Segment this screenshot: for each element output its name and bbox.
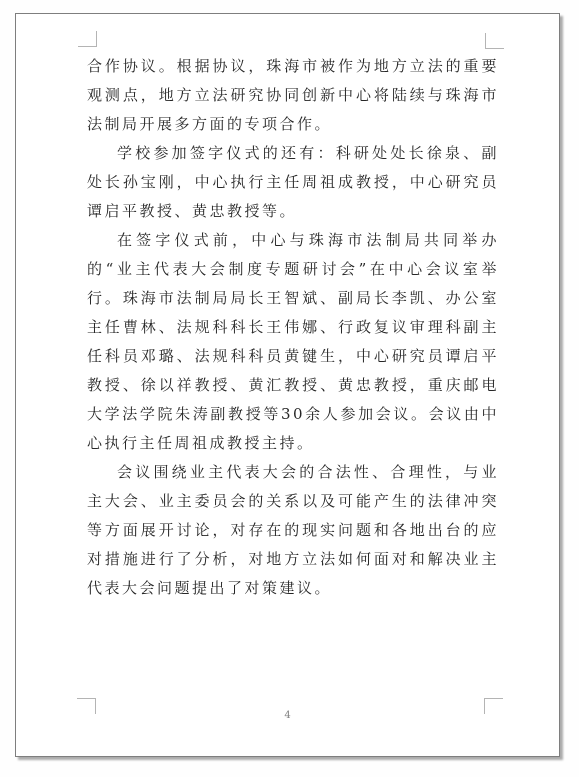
page-text-body: 合作协议。根据协议，珠海市被作为地方立法的重要观测点，地方立法研究协同创新中心将… xyxy=(87,52,499,603)
paragraph-cooperation-agreement: 合作协议。根据协议，珠海市被作为地方立法的重要观测点，地方立法研究协同创新中心将… xyxy=(87,52,499,139)
document-page: 合作协议。根据协议，珠海市被作为地方立法的重要观测点，地方立法研究协同创新中心将… xyxy=(15,13,560,757)
page-number: 4 xyxy=(16,710,559,721)
paragraph-signing-ceremony-attendees: 学校参加签字仪式的还有：科研处处长徐泉、副处长孙宝刚，中心执行主任周祖成教授，中… xyxy=(87,139,499,226)
paragraph-seminar-participants: 在签字仪式前，中心与珠海市法制局共同举办的“业主代表大会制度专题研讨会”在中心会… xyxy=(87,226,499,458)
crop-mark-top-left-icon xyxy=(78,31,97,47)
paragraph-seminar-discussion: 会议围绕业主代表大会的合法性、合理性，与业主大会、业主委员会的关系以及可能产生的… xyxy=(87,458,499,603)
crop-mark-top-right-icon xyxy=(485,33,504,49)
document-canvas: 合作协议。根据协议，珠海市被作为地方立法的重要观测点，地方立法研究协同创新中心将… xyxy=(0,0,579,777)
